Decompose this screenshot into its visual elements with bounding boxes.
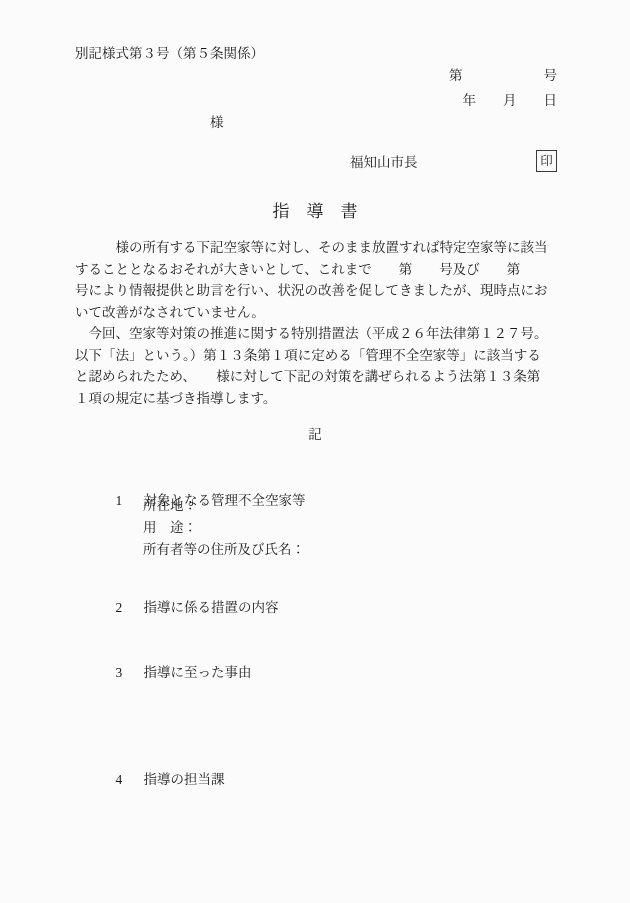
body-line: することとなるおそれが大きいとして、これまで 第 号及び 第 [75,259,565,281]
body-line: 号により情報提供と助言を行い、状況の改善を促してきましたが、現時点にお [75,280,565,302]
list-item-3: 3指導に至った事由 [102,646,252,700]
list-item-1: 1対象となる管理不全空家等 [102,474,306,528]
item-number: 3 [116,664,144,682]
ki-marker: 記 [0,426,630,444]
item-label: 指導の担当課 [144,772,225,787]
addressee-honorific: 様 [210,115,224,131]
seal-character: 印 [540,155,553,168]
list-item-2: 2指導に係る措置の内容 [102,581,279,635]
item-1-location-field: 所在地： [143,497,197,515]
item-number: 2 [116,599,144,617]
document-title: 指 導 書 [0,201,630,223]
date-line: 年 月 日 [463,93,558,109]
body-text: 様の所有する下記空家等に対し、そのまま放置すれば特定空家等に該当 することとなる… [75,237,565,409]
body-line: 以下「法」という。）第１３条第１項に定める「管理不全空家等」に該当する [75,345,565,367]
item-1-usage-field: 用 途： [143,519,197,537]
seal-box: 印 [536,150,557,172]
body-line: と認められたため、 様に対して下記の対策を講ぜられるよう法第１３条第 [75,366,565,388]
body-line: １項の規定に基づき指導します。 [75,388,565,410]
body-line: 様の所有する下記空家等に対し、そのまま放置すれば特定空家等に該当 [75,237,565,259]
document-page: 別記様式第３号（第５条関係） 第 号 年 月 日 様 福知山市長 印 指 導 書… [0,0,630,903]
item-1-owner-field: 所有者等の住所及び氏名： [143,541,305,559]
item-number: 1 [116,492,144,510]
item-label: 指導に係る措置の内容 [144,600,279,615]
form-reference-label: 別記様式第３号（第５条関係） [75,46,264,62]
document-number-line: 第 号 [449,68,557,84]
item-number: 4 [116,771,144,789]
body-line: いて改善がなされていません。 [75,302,565,324]
list-item-4: 4指導の担当課 [102,753,225,807]
body-line: 今回、空家等対策の推進に関する特別措置法（平成２６年法律第１２７号。 [75,323,565,345]
item-label: 指導に至った事由 [144,665,252,680]
sender-name: 福知山市長 [350,155,418,171]
